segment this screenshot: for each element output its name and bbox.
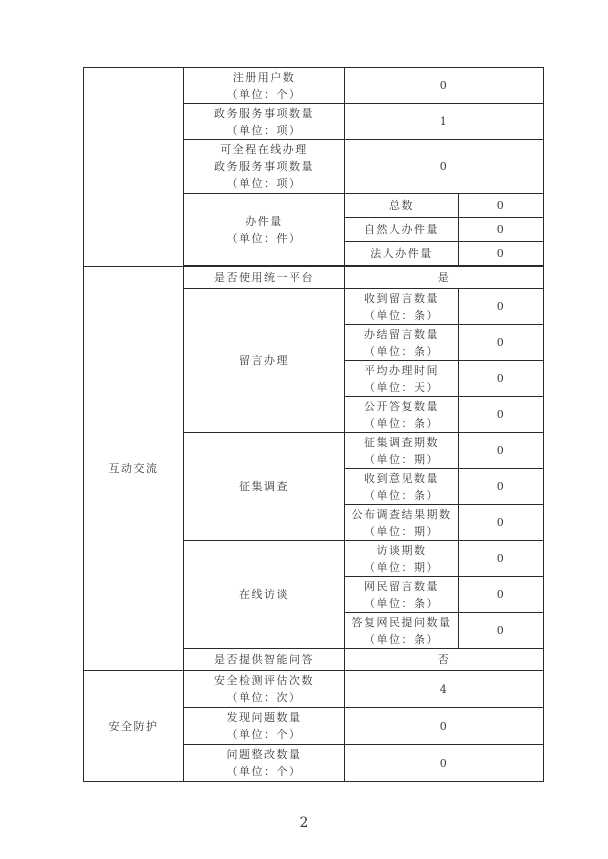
- row-label: 是否使用统一平台: [184, 267, 345, 289]
- sub-label: 平均办理时间 （单位：天）: [345, 361, 459, 397]
- row-value: 是: [345, 267, 544, 289]
- label-text: 办件量: [184, 213, 344, 230]
- label-text: 注册用户数: [184, 69, 344, 86]
- label-text: 可全程在线办理: [184, 141, 344, 158]
- unit-text: （单位：期）: [345, 451, 458, 468]
- label-text: 发现问题数量: [184, 709, 344, 726]
- row-label: 问题整改数量 （单位：个）: [184, 745, 345, 782]
- unit-text: （单位：个）: [184, 86, 344, 103]
- label-text: 办结留言数量: [345, 326, 458, 343]
- sub-label: 总数: [345, 194, 459, 218]
- label-text: 政务服务事项数量: [184, 105, 344, 122]
- page-number: 2: [0, 815, 608, 831]
- row-label: 安全检测评估次数 （单位：次）: [184, 671, 345, 708]
- group-label: 征集调查: [184, 433, 345, 541]
- sub-value: 0: [459, 577, 544, 613]
- table-row: 注册用户数 （单位：个） 0: [84, 68, 544, 104]
- table-row: 安全防护 安全检测评估次数 （单位：次） 4: [84, 671, 544, 708]
- sub-value: 0: [459, 469, 544, 505]
- row-value: 4: [345, 671, 544, 708]
- document-page: 注册用户数 （单位：个） 0 政务服务事项数量 （单位：项） 1 可全程在线办理…: [0, 0, 608, 859]
- row-label: 发现问题数量 （单位：个）: [184, 708, 345, 745]
- group-label: 在线访谈: [184, 541, 345, 649]
- sub-value: 0: [459, 242, 544, 266]
- row-label: 可全程在线办理 政务服务事项数量 （单位：项）: [184, 140, 345, 194]
- row-value: 0: [345, 68, 544, 104]
- unit-text: （单位：期）: [345, 559, 458, 576]
- sub-value: 0: [459, 613, 544, 649]
- unit-text: （单位：次）: [184, 689, 344, 706]
- unit-text: （单位：项）: [184, 175, 344, 192]
- label-text: 问题整改数量: [184, 746, 344, 763]
- sub-value: 0: [459, 505, 544, 541]
- unit-text: （单位：个）: [184, 763, 344, 780]
- unit-text: （单位：条）: [345, 631, 458, 648]
- row-value: 0: [345, 745, 544, 782]
- label-text: 收到留言数量: [345, 290, 458, 307]
- sub-label: 访谈期数 （单位：期）: [345, 541, 459, 577]
- row-value: 0: [345, 140, 544, 194]
- sub-value: 0: [459, 361, 544, 397]
- sub-label: 网民留言数量 （单位：条）: [345, 577, 459, 613]
- sub-label: 征集调查期数 （单位：期）: [345, 433, 459, 469]
- category-interaction: 互动交流: [84, 267, 184, 671]
- label-text: 访谈期数: [345, 542, 458, 559]
- row-label: 政务服务事项数量 （单位：项）: [184, 104, 345, 140]
- label-text: 网民留言数量: [345, 578, 458, 595]
- sub-value: 0: [459, 289, 544, 325]
- row-value: 1: [345, 104, 544, 140]
- sub-label: 办结留言数量 （单位：条）: [345, 325, 459, 361]
- sub-value: 0: [459, 541, 544, 577]
- unit-text: （单位：个）: [184, 726, 344, 743]
- sub-label: 公开答复数量 （单位：条）: [345, 397, 459, 433]
- banjian-label: 办件量 （单位：件）: [184, 194, 345, 266]
- unit-text: （单位：条）: [345, 415, 458, 432]
- sub-value: 0: [459, 433, 544, 469]
- label-text: 安全检测评估次数: [184, 672, 344, 689]
- label-text: 政务服务事项数量: [184, 158, 344, 175]
- unit-text: （单位：天）: [345, 379, 458, 396]
- label-text: 答复网民提问数量: [345, 614, 458, 631]
- sub-value: 0: [459, 218, 544, 242]
- sub-label: 公布调查结果期数 （单位：期）: [345, 505, 459, 541]
- sub-value: 0: [459, 397, 544, 433]
- unit-text: （单位：条）: [345, 343, 458, 360]
- unit-text: （单位：条）: [345, 595, 458, 612]
- sub-value: 0: [459, 325, 544, 361]
- label-text: 公布调查结果期数: [345, 506, 458, 523]
- unit-text: （单位：条）: [345, 307, 458, 324]
- unit-text: （单位：条）: [345, 487, 458, 504]
- label-text: 征集调查期数: [345, 434, 458, 451]
- sub-label: 收到意见数量 （单位：条）: [345, 469, 459, 505]
- row-label: 是否提供智能问答: [184, 649, 345, 671]
- row-value: 0: [345, 708, 544, 745]
- sub-label: 答复网民提问数量 （单位：条）: [345, 613, 459, 649]
- sub-label: 法人办件量: [345, 242, 459, 266]
- sub-label: 自然人办件量: [345, 218, 459, 242]
- sub-label: 收到留言数量 （单位：条）: [345, 289, 459, 325]
- sub-value: 0: [459, 194, 544, 218]
- statistics-table: 注册用户数 （单位：个） 0 政务服务事项数量 （单位：项） 1 可全程在线办理…: [83, 67, 544, 782]
- unit-text: （单位：项）: [184, 122, 344, 139]
- unit-text: （单位：件）: [184, 230, 344, 247]
- unit-text: （单位：期）: [345, 523, 458, 540]
- label-text: 平均办理时间: [345, 362, 458, 379]
- table-row: 互动交流 是否使用统一平台 是: [84, 267, 544, 289]
- label-text: 收到意见数量: [345, 470, 458, 487]
- group-label: 留言办理: [184, 289, 345, 433]
- category-security: 安全防护: [84, 671, 184, 782]
- row-value: 否: [345, 649, 544, 671]
- label-text: 公开答复数量: [345, 398, 458, 415]
- category-cell-blank: [84, 68, 184, 267]
- row-label: 注册用户数 （单位：个）: [184, 68, 345, 104]
